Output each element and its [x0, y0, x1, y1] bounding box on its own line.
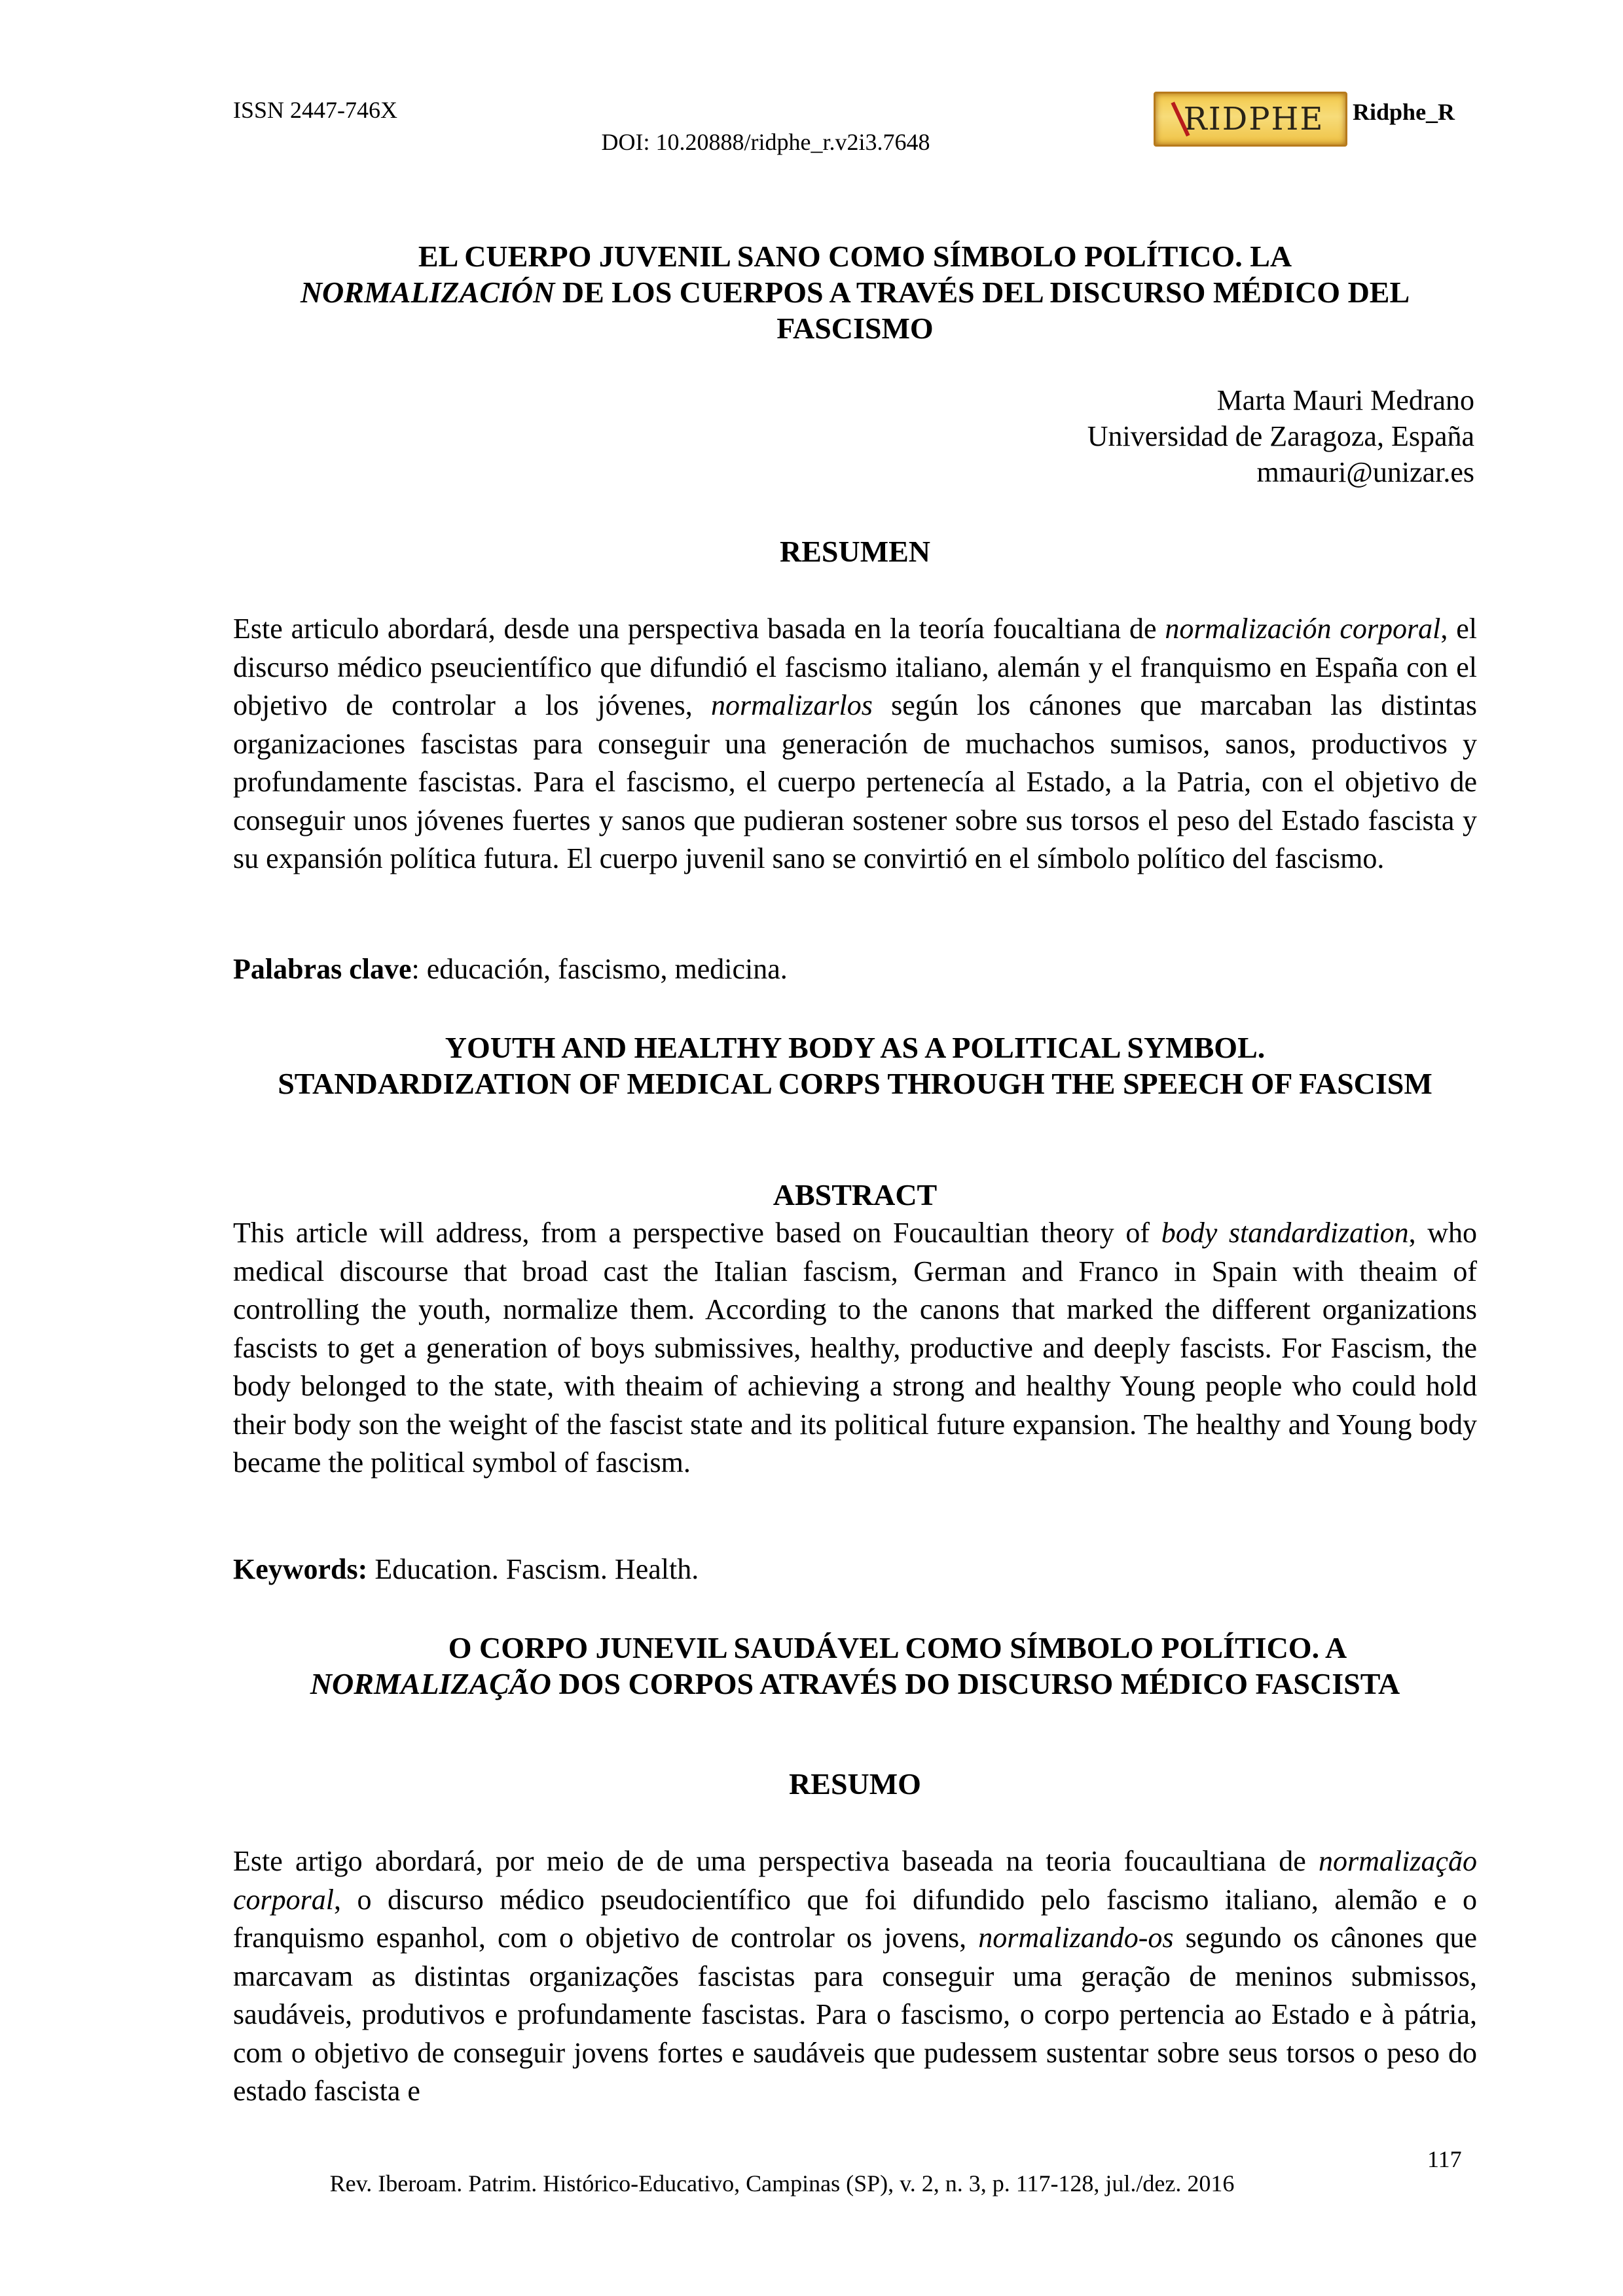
- title-pt-italic: NORMALIZAÇÃO: [310, 1667, 551, 1700]
- title-portuguese: O CORPO JUNEVIL SAUDÁVEL COMO SÍMBOLO PO…: [233, 1630, 1477, 1702]
- emphasis: normalizando-os: [978, 1922, 1173, 1954]
- citation-text: Rev. Iberoam. Patrim. Histórico-Educativ…: [330, 2170, 1235, 2197]
- title-en-line2: STANDARDIZATION OF MEDICAL CORPS THROUGH…: [233, 1066, 1477, 1102]
- keywords-spanish: Palabras clave: educación, fascismo, med…: [233, 951, 788, 987]
- logo-text: RIDPHE: [1184, 101, 1324, 137]
- heading-abstract: ABSTRACT: [233, 1177, 1477, 1213]
- page-number: 117: [1427, 2145, 1462, 2173]
- doi-text[interactable]: DOI: 10.20888/ridphe_r.v2i3.7648: [602, 129, 930, 155]
- author-block: Marta Mauri Medrano Universidad de Zarag…: [1087, 382, 1474, 490]
- journal-short-name: Ridphe_R: [1353, 98, 1455, 126]
- title-spanish: EL CUERPO JUVENIL SANO COMO SÍMBOLO POLÍ…: [233, 238, 1477, 346]
- text: , who medical discourse that broad cast …: [233, 1217, 1477, 1479]
- heading-resumo: RESUMO: [233, 1766, 1477, 1802]
- keywords-english: Keywords: Education. Fascism. Health.: [233, 1551, 699, 1587]
- author-affiliation: Universidad de Zaragoza, España: [1087, 418, 1474, 454]
- abstract-paragraph: This article will address, from a perspe…: [233, 1214, 1477, 1482]
- title-english: YOUTH AND HEALTHY BODY AS A POLITICAL SY…: [233, 1030, 1477, 1102]
- author-name: Marta Mauri Medrano: [1087, 382, 1474, 418]
- text: Este articulo abordará, desde una perspe…: [233, 613, 1165, 645]
- heading-resumen: RESUMEN: [233, 533, 1477, 569]
- title-es-line2: DE LOS CUERPOS A TRAVÉS DEL DISCURSO MÉD…: [555, 276, 1410, 345]
- emphasis: body standardization: [1161, 1217, 1409, 1249]
- title-pt-line2: DOS CORPOS ATRAVÉS DO DISCURSO MÉDICO FA…: [551, 1667, 1400, 1700]
- title-es-line1: EL CUERPO JUVENIL SANO COMO SÍMBOLO POLÍ…: [233, 238, 1477, 274]
- title-pt-line1: O CORPO JUNEVIL SAUDÁVEL COMO SÍMBOLO PO…: [233, 1630, 1477, 1666]
- ridphe-logo: RIDPHE: [1154, 92, 1347, 147]
- title-en-line1: YOUTH AND HEALTHY BODY AS A POLITICAL SY…: [233, 1030, 1477, 1066]
- keywords-list: : educación, fascismo, medicina.: [412, 953, 788, 985]
- title-es-italic: NORMALIZACIÓN: [301, 276, 555, 309]
- author-email[interactable]: mmauri@unizar.es: [1087, 454, 1474, 490]
- text: This article will address, from a perspe…: [233, 1217, 1161, 1249]
- resumen-paragraph: Este articulo abordará, desde una perspe…: [233, 610, 1477, 878]
- keywords-label: Keywords:: [233, 1553, 367, 1585]
- emphasis: normalización corporal: [1165, 613, 1440, 645]
- footer-citation: Rev. Iberoam. Patrim. Histórico-Educativ…: [0, 2170, 1623, 2197]
- keywords-label: Palabras clave: [233, 953, 412, 985]
- text: Este artigo abordará, por meio de de uma…: [233, 1845, 1319, 1877]
- keywords-list: Education. Fascism. Health.: [367, 1553, 699, 1585]
- resumo-paragraph: Este artigo abordará, por meio de de uma…: [233, 1842, 1477, 2111]
- emphasis: normalizarlos: [711, 689, 873, 721]
- doi: DOI: 10.20888/ridphe_r.v2i3.7648: [0, 129, 1623, 155]
- issn: ISSN 2447-746X: [233, 97, 397, 123]
